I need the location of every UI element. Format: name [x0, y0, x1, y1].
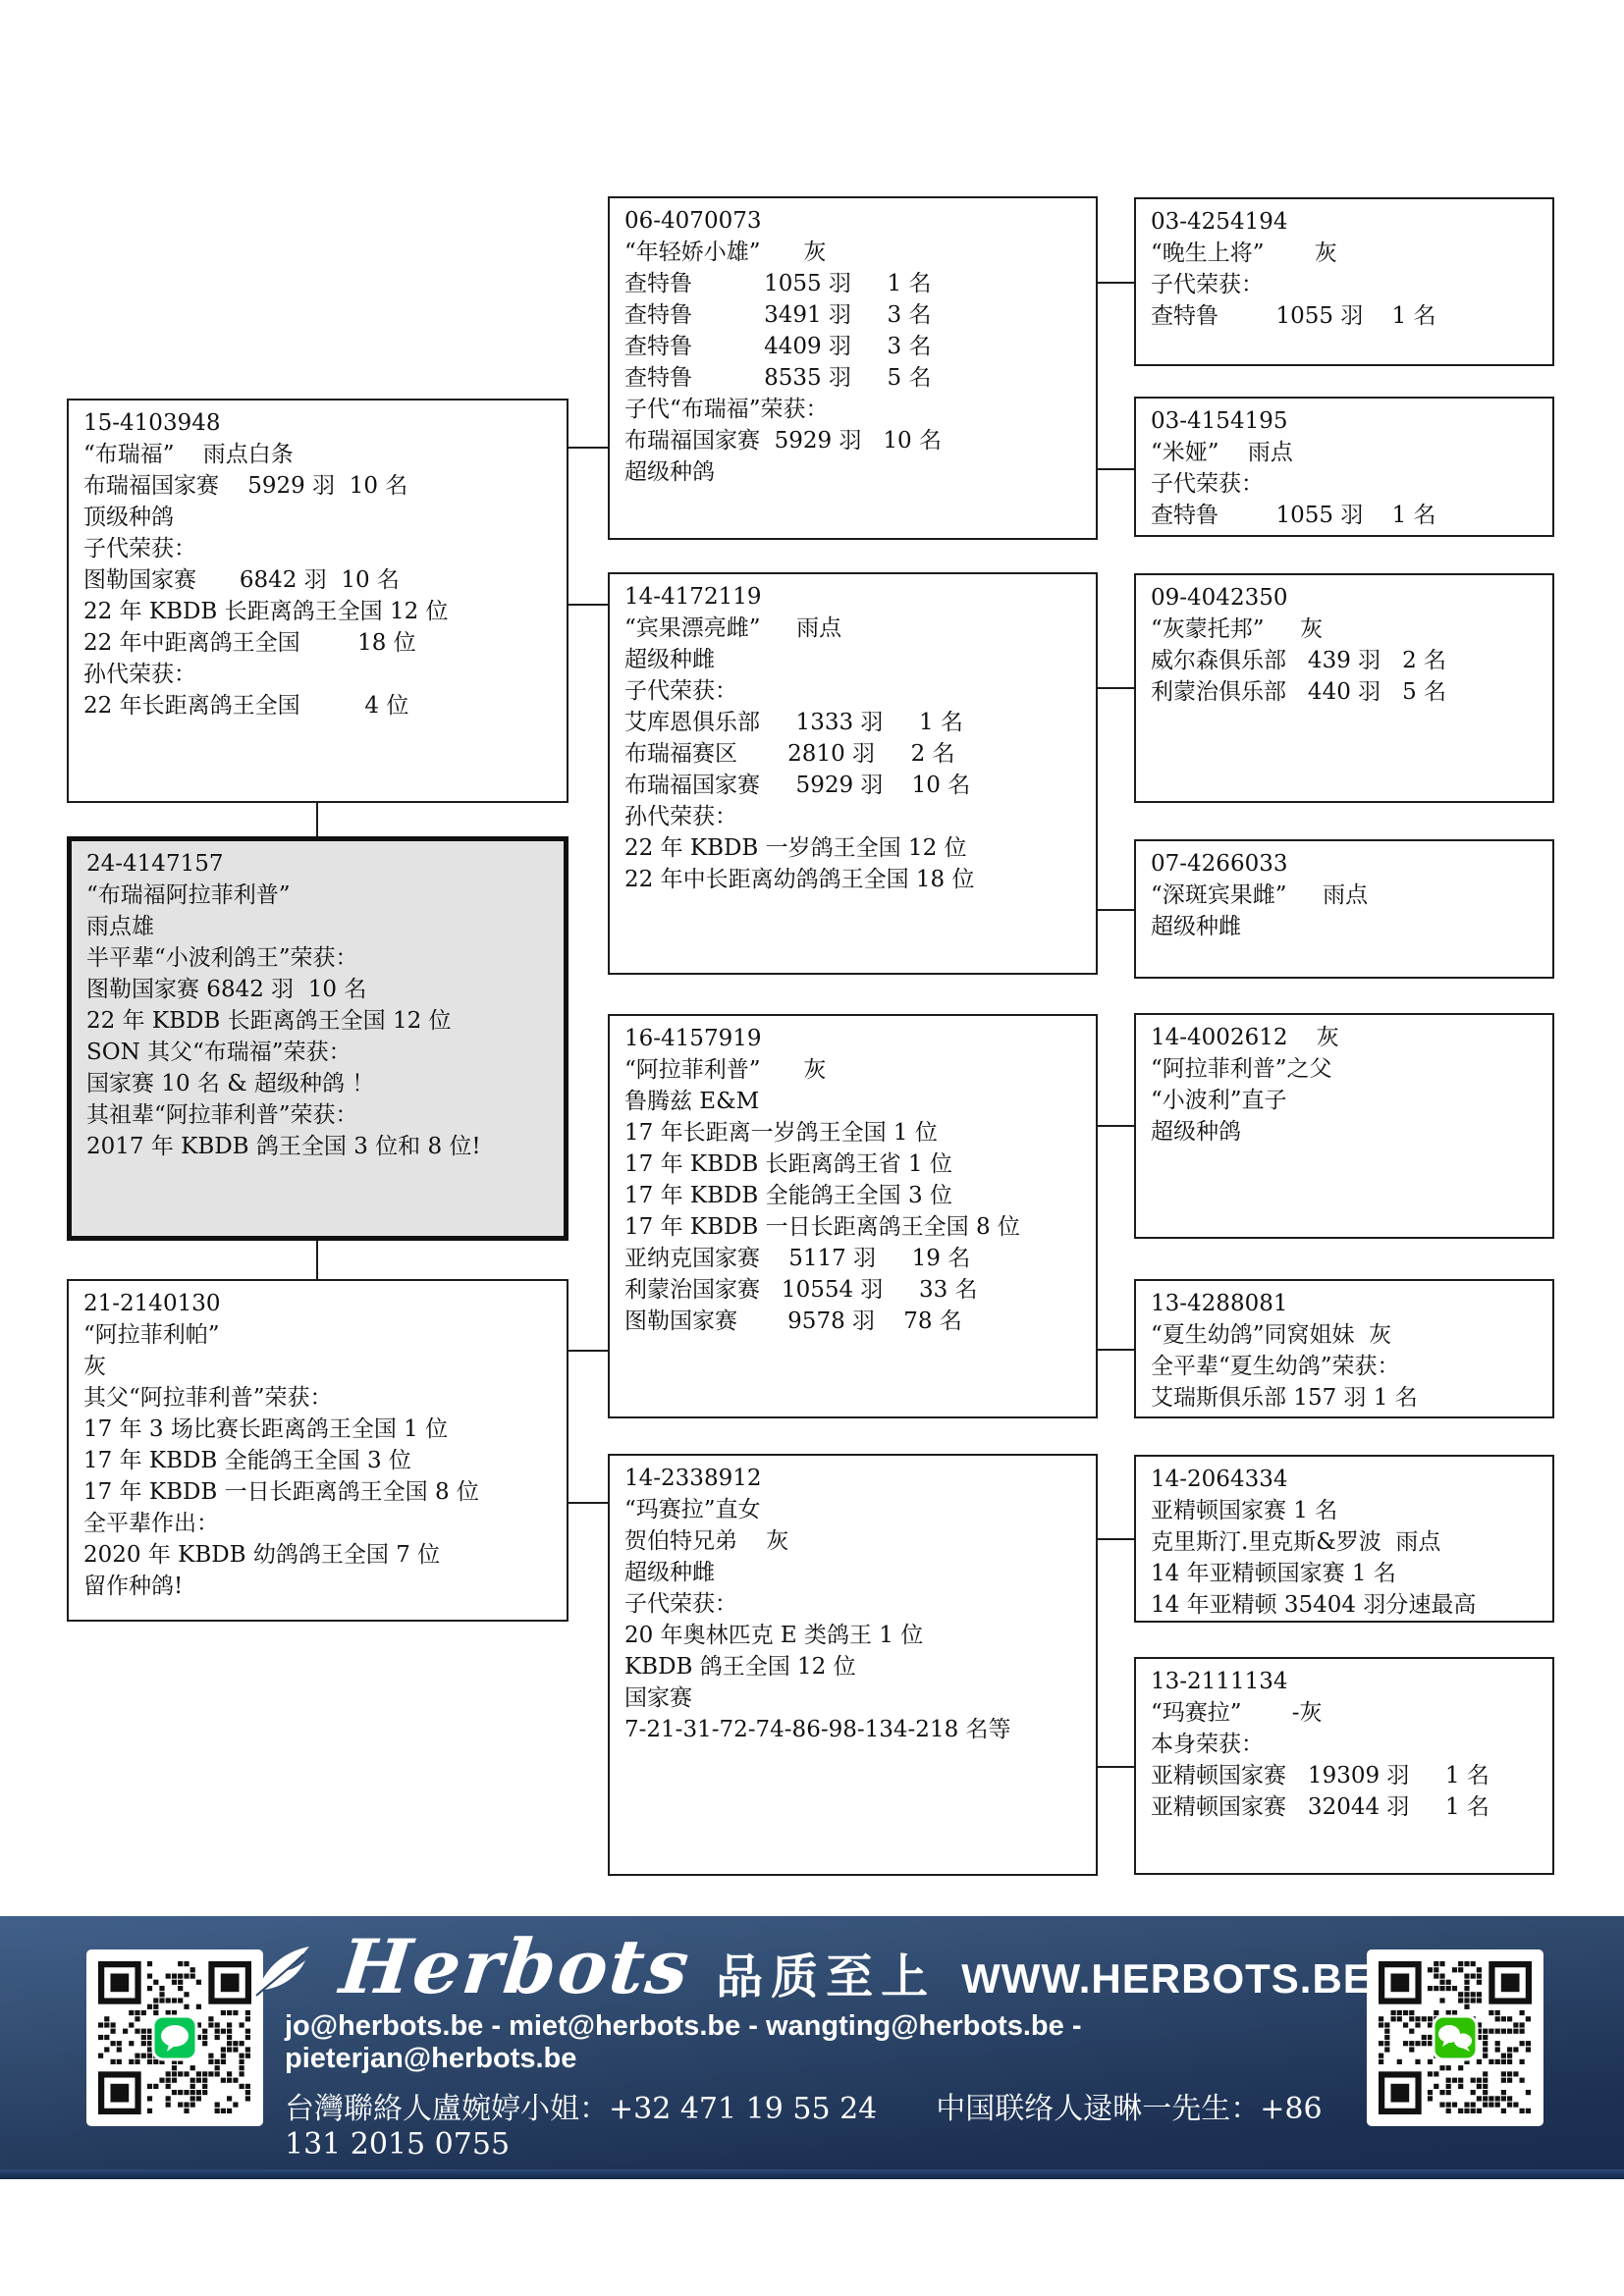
- pedigree-line: 14-2064334: [1151, 1464, 1546, 1495]
- pedigree-line: 查特鲁 8535 羽 5 名: [624, 362, 1090, 394]
- pedigree-line: 16-4157919: [624, 1023, 1090, 1054]
- pedigree-box-sire: 15-4103948“布瑞福” 雨点白条布瑞福国家赛 5929 羽 10 名顶级…: [67, 399, 568, 803]
- pedigree-line: 14-4172119: [624, 581, 1090, 613]
- pedigree-line: “阿拉菲利普” 灰: [624, 1054, 1090, 1086]
- pedigree-line: 17 年长距离一岁鸽王全国 1 位: [624, 1117, 1090, 1148]
- pedigree-line: 22 年长距离鸽王全国 4 位: [83, 690, 561, 721]
- pedigree-line: 17 年 3 场比赛长距离鸽王全国 1 位: [83, 1414, 561, 1445]
- pedigree-line: “深斑宾果雌” 雨点: [1151, 880, 1546, 911]
- pedigree-line: 查特鲁 1055 羽 1 名: [624, 268, 1090, 299]
- pedigree-line: 利蒙治国家赛 10554 羽 33 名: [624, 1274, 1090, 1306]
- pedigree-box-subject: 24-4147157“布瑞福阿拉菲利普”雨点雄半平辈“小波利鸽王”荣获：图勒国家…: [67, 836, 568, 1241]
- pedigree-line: “小波利”直子: [1151, 1085, 1546, 1116]
- pedigree-line: 布瑞福国家赛 5929 羽 10 名: [624, 770, 1090, 801]
- pedigree-line: 22 年中距离鸽王全国 18 位: [83, 627, 561, 659]
- pedigree-line: 艾瑞斯俱乐部 157 羽 1 名: [1151, 1382, 1546, 1414]
- pedigree-line: 国家赛: [624, 1682, 1090, 1714]
- connector-line: [316, 803, 318, 836]
- wechat-qr-code: [1367, 1949, 1543, 2126]
- pedigree-line: 22 年 KBDB 长距离鸽王全国 12 位: [83, 596, 561, 627]
- pedigree-line: “阿拉菲利普”之父: [1151, 1053, 1546, 1085]
- connector-line: [568, 1502, 608, 1504]
- pedigree-line: 顶级种鸽: [83, 502, 561, 533]
- pedigree-box-dam: 21-2140130“阿拉菲利帕”灰其父“阿拉菲利普”荣获：17 年 3 场比赛…: [67, 1279, 568, 1622]
- pedigree-box-sdd: 07-4266033“深斑宾果雌” 雨点超级种雌: [1134, 839, 1554, 979]
- pedigree-line: “夏生幼鸽”同窝姐妹 灰: [1151, 1319, 1546, 1351]
- line-qr-code: [86, 1949, 263, 2126]
- brand-logo-text: Herbots: [337, 1930, 694, 2004]
- pedigree-line: 14-4002612 灰: [1151, 1022, 1546, 1053]
- pedigree-line: 其祖辈“阿拉菲利普”荣获：: [86, 1099, 558, 1131]
- pedigree-line: 布瑞福赛区 2810 羽 2 名: [624, 738, 1090, 770]
- pedigree-box-ddd: 13-2111134“玛赛拉” -灰本身荣获：亚精顿国家赛 19309 羽 1 …: [1134, 1657, 1554, 1875]
- pedigree-box-dds: 14-2064334亚精顿国家赛 1 名克里斯汀.里克斯&罗波 雨点14 年亚精…: [1134, 1455, 1554, 1623]
- pedigree-line: 留作种鸽!: [83, 1571, 561, 1602]
- pedigree-line: “米娅” 雨点: [1151, 437, 1546, 468]
- pedigree-line: 子代荣获：: [1151, 269, 1546, 300]
- pedigree-line: “灰蒙托邦” 灰: [1151, 614, 1546, 645]
- pedigree-box-sds: 09-4042350“灰蒙托邦” 灰威尔森俱乐部 439 羽 2 名利蒙治俱乐部…: [1134, 573, 1554, 803]
- pedigree-line: 03-4254194: [1151, 206, 1546, 238]
- connector-line: [316, 1241, 318, 1279]
- pedigree-line: 14 年亚精顿国家赛 1 名: [1151, 1558, 1546, 1589]
- website-url: WWW.HERBOTS.BE: [961, 1955, 1372, 2002]
- connector-line: [1098, 1538, 1134, 1540]
- pedigree-line: 子代荣获：: [1151, 468, 1546, 500]
- pedigree-line: 布瑞福国家赛 5929 羽 10 名: [83, 470, 561, 502]
- feather-icon: [252, 1943, 315, 2000]
- pedigree-page: { "pedigree": { "boxes": [ {"key":"sire"…: [0, 0, 1624, 2296]
- pedigree-line: 亚精顿国家赛 1 名: [1151, 1495, 1546, 1526]
- connector-line: [568, 604, 608, 606]
- pedigree-line: 子代荣获：: [624, 675, 1090, 707]
- contact-phones: 台灣聯絡人盧婉婷小姐：+32 471 19 55 24 中国联络人逯晽一先生：+…: [285, 2084, 1339, 2162]
- pedigree-line: 17 年 KBDB 一日长距离鸽王全国 8 位: [624, 1211, 1090, 1243]
- pedigree-line: 17 年 KBDB 全能鸽王全国 3 位: [624, 1180, 1090, 1211]
- pedigree-line: “玛赛拉” -灰: [1151, 1697, 1546, 1729]
- pedigree-line: 子代荣获：: [624, 1588, 1090, 1620]
- pedigree-box-ssd: 03-4154195“米娅” 雨点子代荣获：查特鲁 1055 羽 1 名: [1134, 397, 1554, 537]
- pedigree-line: 贺伯特兄弟 灰: [624, 1525, 1090, 1557]
- pedigree-line: “年轻娇小雄” 灰: [624, 237, 1090, 268]
- pedigree-line: 布瑞福国家赛 5929 羽 10 名: [624, 425, 1090, 456]
- pedigree-line: 亚精顿国家赛 19309 羽 1 名: [1151, 1760, 1546, 1791]
- pedigree-line: 17 年 KBDB 长距离鸽王省 1 位: [624, 1148, 1090, 1180]
- pedigree-line: 其父“阿拉菲利普”荣获：: [83, 1382, 561, 1414]
- pedigree-line: 22 年 KBDB 一岁鸽王全国 12 位: [624, 832, 1090, 864]
- pedigree-line: 14 年亚精顿 35404 羽分速最高: [1151, 1589, 1546, 1621]
- contact-emails: jo@herbots.be - miet@herbots.be - wangti…: [285, 2010, 1339, 2075]
- pedigree-line: 09-4042350: [1151, 582, 1546, 614]
- pedigree-line: 查特鲁 3491 羽 3 名: [624, 299, 1090, 331]
- pedigree-line: 国家赛 10 名 & 超级种鸽 ！: [86, 1068, 558, 1099]
- pedigree-line: 21-2140130: [83, 1288, 561, 1319]
- footer-content: Herbots 品质至上 WWW.HERBOTS.BE jo@herbots.b…: [285, 1916, 1339, 2179]
- pedigree-line: “宾果漂亮雌” 雨点: [624, 613, 1090, 644]
- pedigree-line: 全平辈“夏生幼鸽”荣获：: [1151, 1351, 1546, 1382]
- pedigree-line: 全平辈作出：: [83, 1508, 561, 1539]
- pedigree-box-sire-dam: 14-4172119“宾果漂亮雌” 雨点超级种雌子代荣获：艾库恩俱乐部 1333…: [608, 572, 1098, 975]
- pedigree-line: 13-4288081: [1151, 1288, 1546, 1319]
- pedigree-line: 孙代荣获：: [624, 801, 1090, 832]
- pedigree-box-sire-sire: 06-4070073“年轻娇小雄” 灰查特鲁 1055 羽 1 名查特鲁 349…: [608, 196, 1098, 540]
- pedigree-line: 超级种雌: [1151, 911, 1546, 942]
- pedigree-line: 超级种鸽: [624, 456, 1090, 488]
- pedigree-line: 03-4154195: [1151, 405, 1546, 437]
- pedigree-line: 06-4070073: [624, 205, 1090, 237]
- pedigree-line: 雨点雄: [86, 911, 558, 942]
- pedigree-line: 本身荣获：: [1151, 1729, 1546, 1760]
- footer-bottom-edge: [0, 2169, 1624, 2179]
- pedigree-line: “布瑞福阿拉菲利普”: [86, 880, 558, 911]
- pedigree-line: 图勒国家赛 6842 羽 10 名: [86, 974, 558, 1005]
- connector-line: [1098, 687, 1134, 689]
- pedigree-line: 灰: [83, 1351, 561, 1382]
- pedigree-box-dam-sire: 16-4157919“阿拉菲利普” 灰鲁腾兹 E&M17 年长距离一岁鸽王全国 …: [608, 1014, 1098, 1418]
- pedigree-line: “玛赛拉”直女: [624, 1494, 1090, 1525]
- pedigree-line: 7-21-31-72-74-86-98-134-218 名等: [624, 1714, 1090, 1745]
- connector-line: [568, 447, 608, 449]
- brand-tagline: 品质至上: [716, 1939, 936, 2006]
- pedigree-box-dsd: 13-4288081“夏生幼鸽”同窝姐妹 灰全平辈“夏生幼鸽”荣获：艾瑞斯俱乐部…: [1134, 1279, 1554, 1418]
- connector-line: [568, 1350, 608, 1352]
- brand-row: Herbots 品质至上 WWW.HERBOTS.BE: [252, 1930, 1372, 2006]
- pedigree-line: 鲁腾兹 E&M: [624, 1086, 1090, 1117]
- pedigree-line: 17 年 KBDB 全能鸽王全国 3 位: [83, 1445, 561, 1476]
- pedigree-line: 查特鲁 4409 羽 3 名: [624, 331, 1090, 362]
- footer-banner: Herbots 品质至上 WWW.HERBOTS.BE jo@herbots.b…: [0, 1916, 1624, 2179]
- pedigree-line: 图勒国家赛 6842 羽 10 名: [83, 564, 561, 596]
- pedigree-box-dss: 14-4002612 灰“阿拉菲利普”之父“小波利”直子超级种鸽: [1134, 1013, 1554, 1239]
- pedigree-line: 17 年 KBDB 一日长距离鸽王全国 8 位: [83, 1476, 561, 1508]
- pedigree-line: 半平辈“小波利鸽王”荣获：: [86, 942, 558, 974]
- pedigree-line: 超级种鸽: [1151, 1116, 1546, 1148]
- pedigree-line: KBDB 鸽王全国 12 位: [624, 1651, 1090, 1682]
- pedigree-line: 超级种雌: [624, 644, 1090, 675]
- connector-line: [1098, 1125, 1134, 1127]
- pedigree-line: 2020 年 KBDB 幼鸽鸽王全国 7 位: [83, 1539, 561, 1571]
- pedigree-line: 22 年 KBDB 长距离鸽王全国 12 位: [86, 1005, 558, 1037]
- pedigree-line: 子代“布瑞福”荣获：: [624, 394, 1090, 425]
- pedigree-line: “布瑞福” 雨点白条: [83, 439, 561, 470]
- pedigree-line: 20 年奥林匹克 E 类鸽王 1 位: [624, 1620, 1090, 1651]
- pedigree-line: 利蒙治俱乐部 440 羽 5 名: [1151, 676, 1546, 708]
- pedigree-line: 孙代荣获：: [83, 659, 561, 690]
- connector-line: [1098, 1349, 1134, 1351]
- pedigree-line: 威尔森俱乐部 439 羽 2 名: [1151, 645, 1546, 676]
- pedigree-line: 24-4147157: [86, 848, 558, 880]
- connector-line: [1098, 1766, 1134, 1768]
- pedigree-line: 查特鲁 1055 羽 1 名: [1151, 500, 1546, 531]
- pedigree-line: 13-2111134: [1151, 1666, 1546, 1697]
- pedigree-line: 07-4266033: [1151, 848, 1546, 880]
- pedigree-box-dam-dam: 14-2338912“玛赛拉”直女贺伯特兄弟 灰超级种雌子代荣获：20 年奥林匹…: [608, 1454, 1098, 1876]
- connector-line: [1098, 468, 1134, 470]
- pedigree-box-sss: 03-4254194“晚生上将” 灰子代荣获：查特鲁 1055 羽 1 名: [1134, 197, 1554, 366]
- pedigree-line: 图勒国家赛 9578 羽 78 名: [624, 1306, 1090, 1337]
- pedigree-line: 查特鲁 1055 羽 1 名: [1151, 300, 1546, 332]
- pedigree-line: 14-2338912: [624, 1463, 1090, 1494]
- pedigree-line: 克里斯汀.里克斯&罗波 雨点: [1151, 1526, 1546, 1558]
- pedigree-line: 子代荣获：: [83, 533, 561, 564]
- pedigree-line: 超级种雌: [624, 1557, 1090, 1588]
- pedigree-line: 亚精顿国家赛 32044 羽 1 名: [1151, 1791, 1546, 1823]
- pedigree-line: SON 其父“布瑞福”荣获：: [86, 1037, 558, 1068]
- connector-line: [1098, 282, 1134, 284]
- pedigree-line: 2017 年 KBDB 鸽王全国 3 位和 8 位!: [86, 1131, 558, 1162]
- pedigree-line: 艾库恩俱乐部 1333 羽 1 名: [624, 707, 1090, 738]
- pedigree-line: 亚纳克国家赛 5117 羽 19 名: [624, 1243, 1090, 1274]
- connector-line: [1098, 909, 1134, 911]
- pedigree-line: “晚生上将” 灰: [1151, 238, 1546, 269]
- pedigree-line: 15-4103948: [83, 407, 561, 439]
- pedigree-line: “阿拉菲利帕”: [83, 1319, 561, 1351]
- pedigree-line: 22 年中长距离幼鸽鸽王全国 18 位: [624, 864, 1090, 895]
